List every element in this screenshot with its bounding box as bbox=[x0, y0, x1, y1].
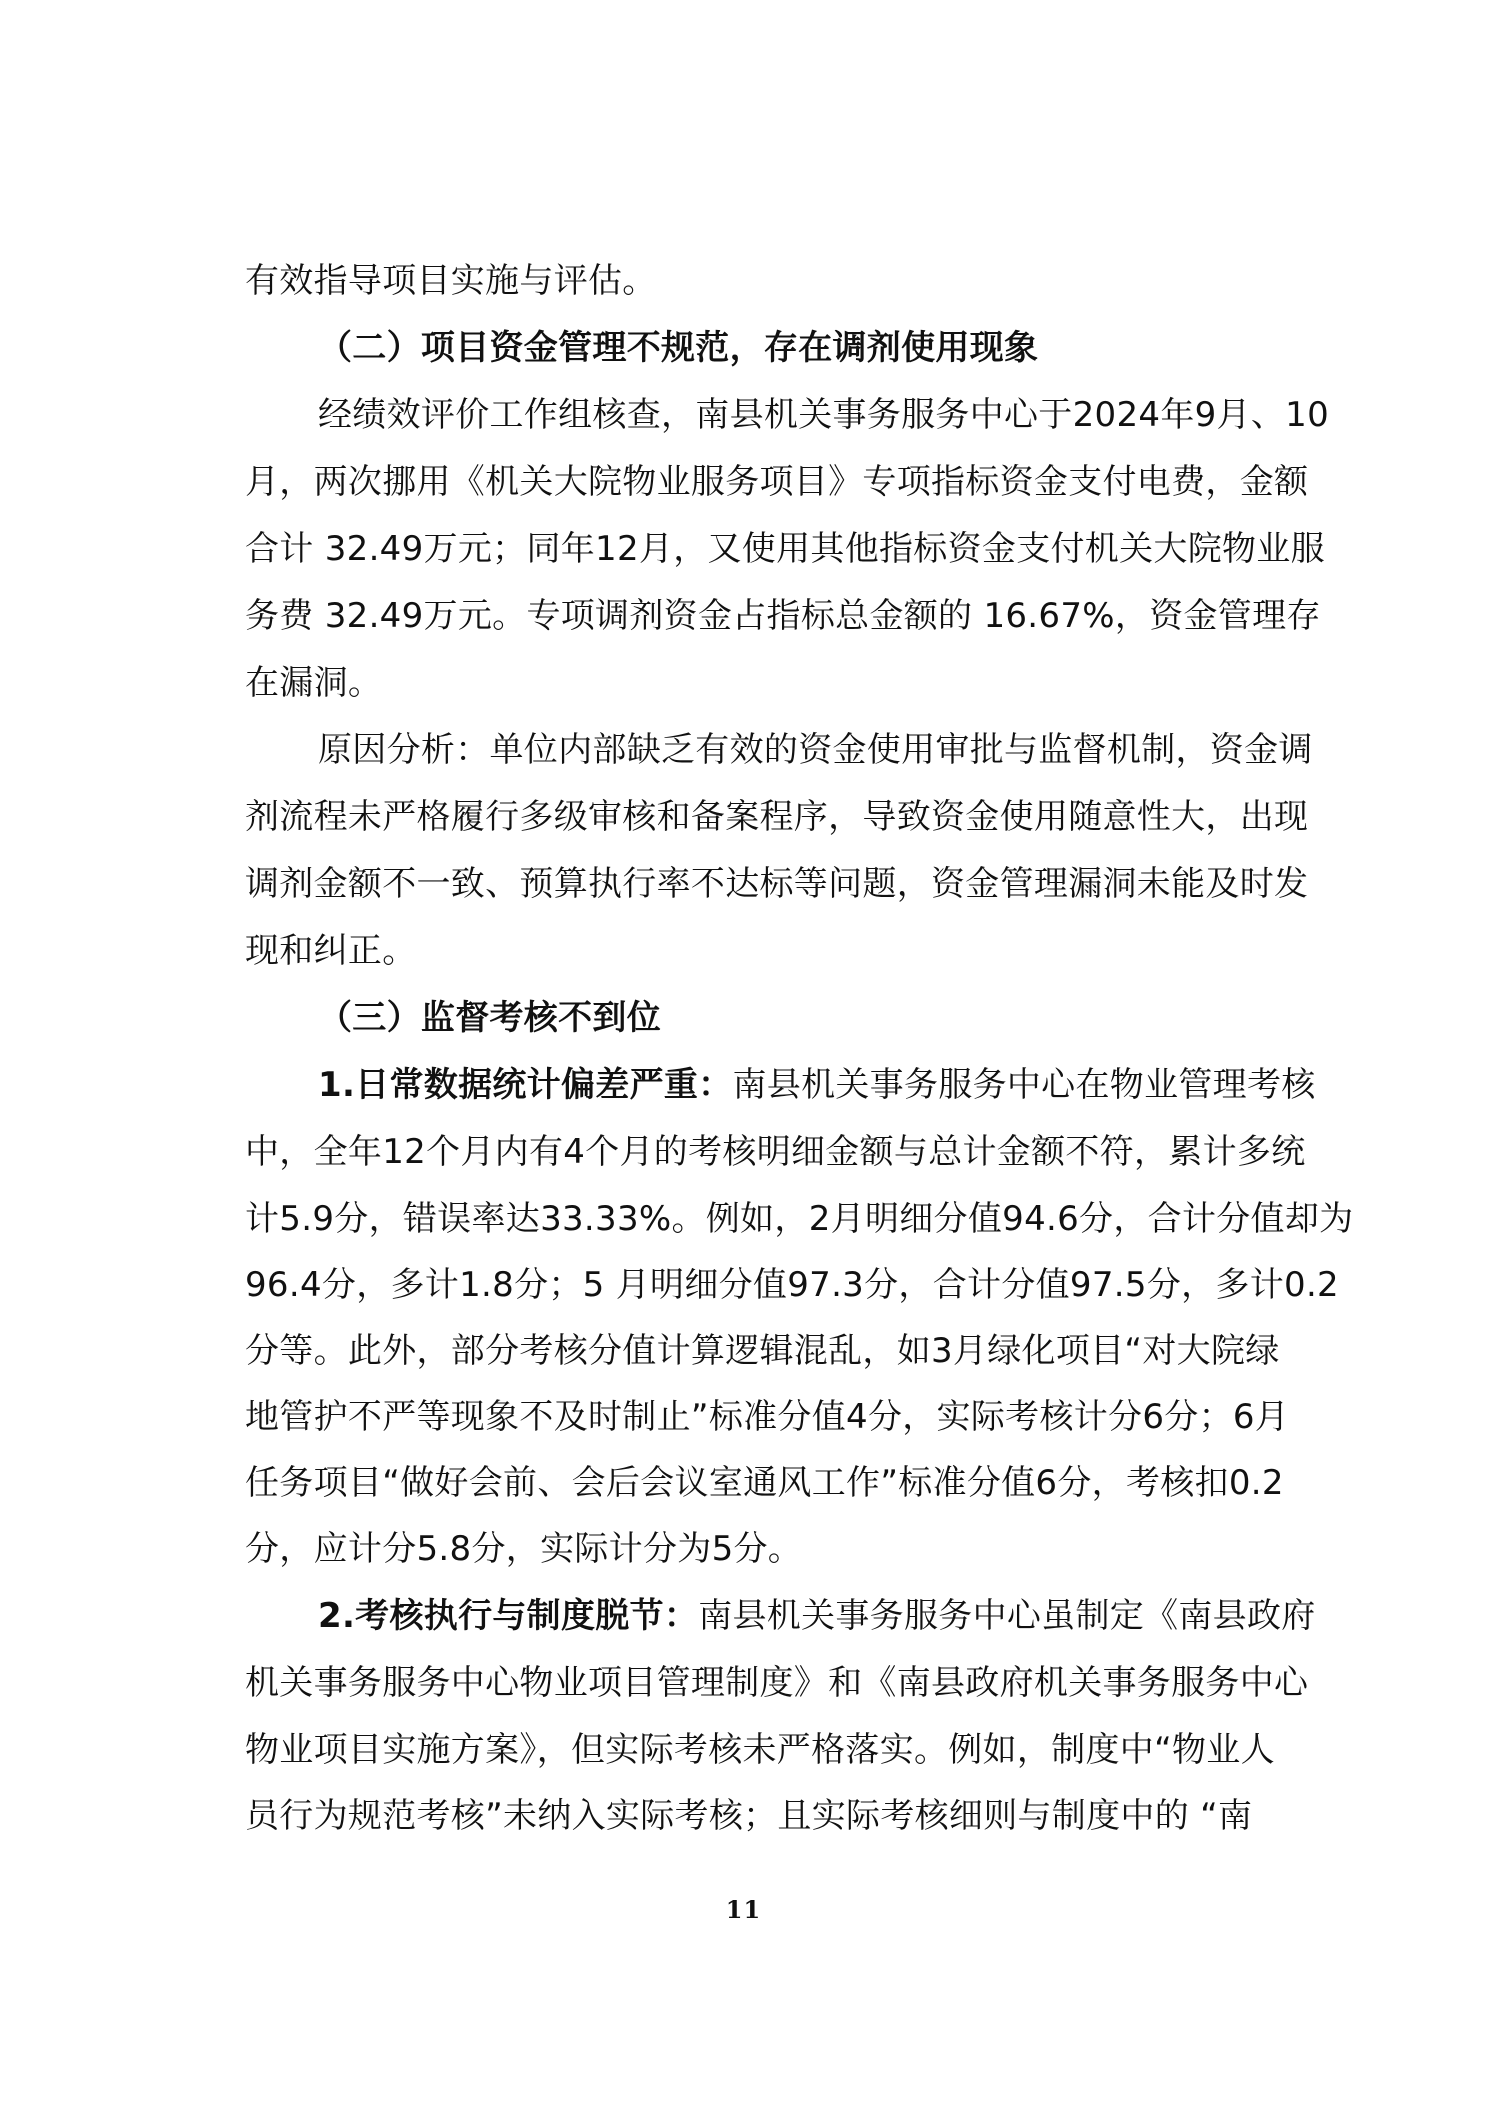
section-heading-2: （二）项目资金管理不规范，存在调剂使用现象 bbox=[318, 315, 1038, 381]
body-text-line: 96.4分，多计1.8分；5 月明细分值97.3分，合计分值97.5分，多计0.… bbox=[245, 1252, 1339, 1318]
body-text-line: 合计 32.49万元；同年12月，又使用其他指标资金支付机关大院物业服 bbox=[245, 516, 1325, 582]
section-heading-3: （三）监督考核不到位 bbox=[318, 985, 661, 1051]
body-text-line: 中，全年12个月内有4个月的考核明细金额与总计金额不符，累计多统 bbox=[245, 1119, 1306, 1185]
body-text-line: 员行为规范考核”未纳入实际考核；且实际考核细则与制度中的 “南 bbox=[245, 1783, 1252, 1849]
body-text-line: 经绩效评价工作组核查，南县机关事务服务中心于2024年9月、10 bbox=[318, 382, 1329, 448]
body-text-line: 分等。此外，部分考核分值计算逻辑混乱，如3月绿化项目“对大院绿 bbox=[245, 1318, 1280, 1384]
body-text-line: 地管护不严等现象不及时制止”标准分值4分，实际考核计分6分；6月 bbox=[245, 1384, 1289, 1450]
body-text-line: 调剂金额不一致、预算执行率不达标等问题，资金管理漏洞未能及时发 bbox=[245, 851, 1308, 917]
body-text-line: 月，两次挪用《机关大院物业服务项目》专项指标资金支付电费，金额 bbox=[245, 449, 1308, 515]
item-2-text: 南县机关事务服务中心虽制定《南县政府 bbox=[698, 1596, 1315, 1636]
body-text-line: 物业项目实施方案》，但实际考核未严格落实。例如，制度中“物业人 bbox=[245, 1717, 1275, 1783]
body-text-line: 务费 32.49万元。专项调剂资金占指标总金额的 16.67%，资金管理存 bbox=[245, 583, 1321, 649]
body-text-line: 现和纠正。 bbox=[245, 918, 417, 984]
item-2-label: 2.考核执行与制度脱节： bbox=[318, 1596, 698, 1636]
item-1-first-line: 1.日常数据统计偏差严重：南县机关事务服务中心在物业管理考核 bbox=[318, 1052, 1316, 1118]
body-text-line: 剂流程未严格履行多级审核和备案程序，导致资金使用随意性大，出现 bbox=[245, 784, 1308, 850]
item-1-text: 南县机关事务服务中心在物业管理考核 bbox=[732, 1065, 1315, 1105]
body-text-line: 分，应计分5.8分，实际计分为5分。 bbox=[245, 1516, 802, 1582]
body-text-line: 机关事务服务中心物业项目管理制度》和《南县政府机关事务服务中心 bbox=[245, 1650, 1308, 1716]
body-text-line: 在漏洞。 bbox=[245, 650, 382, 716]
cause-analysis-line: 原因分析：单位内部缺乏有效的资金使用审批与监督机制，资金调 bbox=[318, 717, 1313, 783]
item-2-first-line: 2.考核执行与制度脱节：南县机关事务服务中心虽制定《南县政府 bbox=[318, 1583, 1316, 1649]
page-number: 11 bbox=[0, 1895, 1487, 1924]
body-text-line: 任务项目“做好会前、会后会议室通风工作”标准分值6分，考核扣0.2 bbox=[245, 1450, 1284, 1516]
item-1-label: 1.日常数据统计偏差严重： bbox=[318, 1065, 732, 1105]
body-text-line: 有效指导项目实施与评估。 bbox=[245, 248, 657, 314]
body-text-line: 计5.9分，错误率达33.33%。例如，2月明细分值94.6分，合计分值却为 bbox=[245, 1186, 1353, 1252]
